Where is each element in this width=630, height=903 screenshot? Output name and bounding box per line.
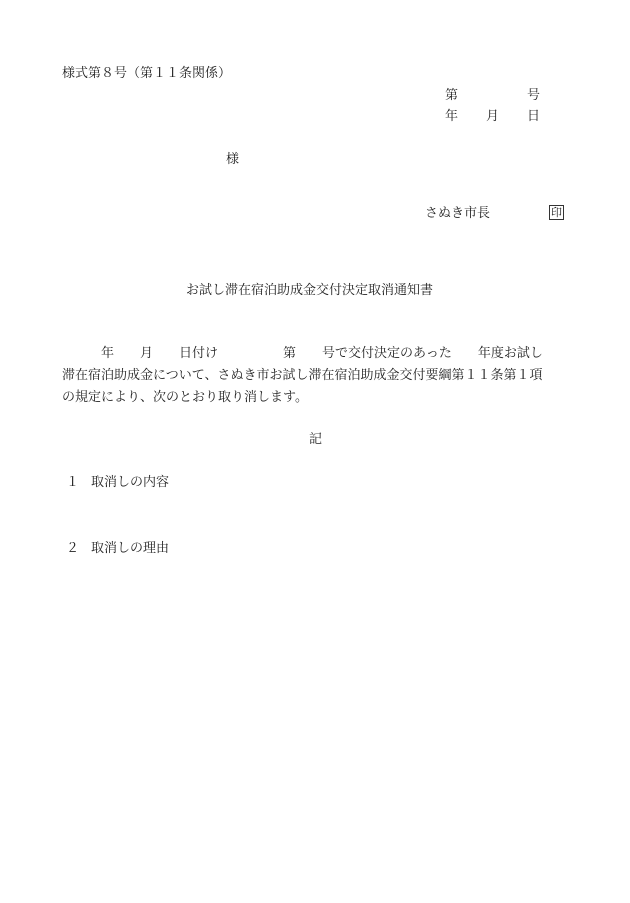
doc-no-suffix: 号 [527, 88, 540, 104]
body-line-3: の規定により、次のとおり取り消します。 [62, 390, 308, 406]
item-2-number: ２ [66, 541, 79, 557]
body-line-2: 滞在宿泊助成金について、さぬき市お試し滞在宿泊助成金交付要綱第１１条第１項 [62, 368, 542, 384]
item-1-label: 取消しの内容 [91, 475, 169, 491]
ki-heading: 記 [309, 432, 322, 448]
document-title: お試し滞在宿泊助成金交付決定取消通知書 [186, 283, 433, 299]
date-day: 日 [527, 109, 540, 125]
form-number: 様式第８号（第１１条関係） [62, 66, 231, 82]
item-1-number: １ [66, 475, 79, 491]
item-2-label: 取消しの理由 [91, 541, 169, 557]
addressee-suffix: 様 [226, 152, 239, 168]
date-year: 年 [445, 109, 458, 125]
doc-no-prefix: 第 [445, 88, 458, 104]
issuer-name: さぬき市長 [425, 206, 490, 222]
date-month: 月 [486, 109, 499, 125]
seal-mark: 印 [549, 205, 564, 220]
body-line-1: 年 月 日付け 第 号で交付決定のあった 年度お試し [62, 346, 543, 362]
